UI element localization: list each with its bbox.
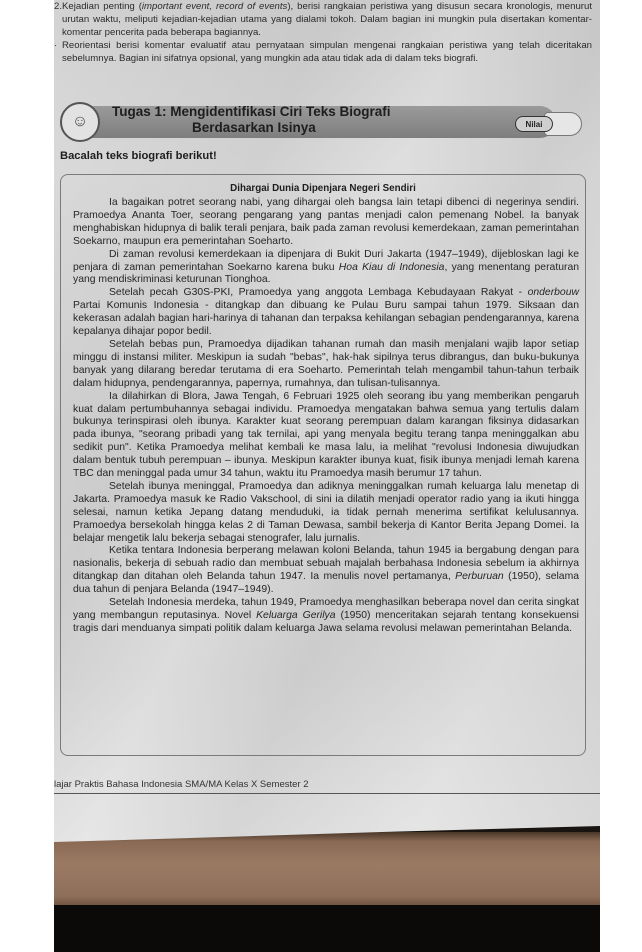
- page-footer: lajar Praktis Bahasa Indonesia SMA/MA Ke…: [54, 779, 600, 794]
- paragraph-3: Setelah pecah G30S-PKI, Pramoedya yang a…: [73, 287, 579, 339]
- photo: 2. Kejadian penting (important event, re…: [54, 0, 600, 952]
- paragraph-8: Setelah Indonesia merdeka, tahun 1949, P…: [73, 597, 579, 636]
- intro-section: 2. Kejadian penting (important event, re…: [62, 0, 592, 65]
- list-marker: 2.: [54, 0, 62, 13]
- score-label: Nilai: [515, 116, 553, 132]
- intro-paragraph-reorientasi: · Reorientasi berisi komentar evaluatif …: [62, 39, 592, 65]
- instruction: Bacalah teks biografi berikut!: [60, 150, 217, 162]
- textbook-page: 2. Kejadian penting (important event, re…: [54, 0, 600, 842]
- dark-background: [54, 905, 600, 952]
- paragraph-2: Di zaman revolusi kemerdekaan ia dipenja…: [73, 249, 579, 288]
- paragraph-7: Ketika tentara Indonesia berperang melaw…: [73, 545, 579, 597]
- task-banner: ☺ Tugas 1: Mengidentifikasi Ciri Teks Bi…: [60, 102, 586, 142]
- mascot-logo-icon: ☺: [60, 102, 100, 142]
- article-title: Dihargai Dunia Dipenjara Negeri Sendiri: [61, 183, 585, 194]
- list-marker: ·: [54, 39, 57, 52]
- article-body: Ia bagaikan potret seorang nabi, yang di…: [73, 197, 579, 636]
- cardboard-background: [54, 832, 600, 912]
- paragraph-4: Setelah bebas pun, Pramoedya dijadikan t…: [73, 339, 579, 391]
- paragraph-6: Setelah ibunya meninggal, Pramoedya dan …: [73, 481, 579, 546]
- biography-text-box: Dihargai Dunia Dipenjara Negeri Sendiri …: [60, 174, 586, 756]
- task-title: Tugas 1: Mengidentifikasi Ciri Teks Biog…: [112, 104, 391, 136]
- paragraph-1: Ia bagaikan potret seorang nabi, yang di…: [73, 197, 579, 249]
- intro-paragraph-kejadian: 2. Kejadian penting (important event, re…: [62, 0, 592, 39]
- paragraph-5: Ia dilahirkan di Blora, Jawa Tengah, 6 F…: [73, 391, 579, 481]
